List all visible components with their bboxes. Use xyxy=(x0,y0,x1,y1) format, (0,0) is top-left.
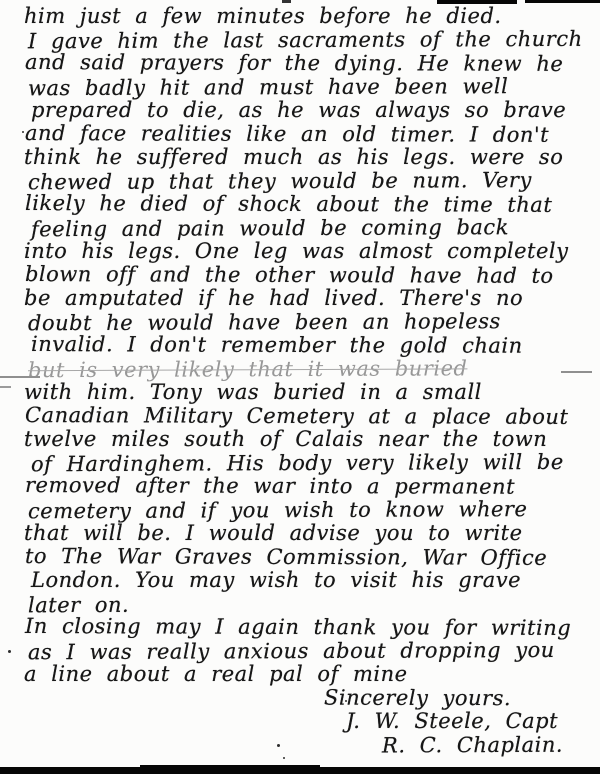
letter-line: be amputated if he had lived. There's no xyxy=(24,287,594,311)
letter-line: feeling and pain would be coming back xyxy=(31,215,594,241)
letter-line: that will be. I would advise you to writ… xyxy=(24,522,594,546)
crossout-dash-left xyxy=(0,386,11,388)
letter-line: removed after the war into a permanent xyxy=(25,474,594,499)
letter-line: into his legs. One leg was almost comple… xyxy=(24,240,594,264)
letter-line: with him. Tony was buried in a small xyxy=(24,381,594,405)
letter-line: to The War Graves Commission, War Office xyxy=(25,545,594,570)
letter-line: was badly hit and must have been well xyxy=(28,74,594,100)
scan-speck xyxy=(277,744,280,747)
letter-line: blown off and the other would have had t… xyxy=(25,263,594,288)
letter-line: London. You may wish to visit his grave xyxy=(31,569,594,593)
letter-line: Canadian Military Cemetery at a place ab… xyxy=(25,404,594,429)
letter-line: twelve miles south of Calais near the to… xyxy=(24,428,594,452)
letter-line: In closing may I again thank you for wri… xyxy=(25,615,594,640)
letter-body: him just a few minutes before he died. I… xyxy=(24,5,594,757)
letter-line: him just a few minutes before he died. xyxy=(24,5,594,29)
crossed-out-line: but is very likely that it was buried xyxy=(28,356,594,382)
scan-speck xyxy=(345,700,347,702)
letter-line: and said prayers for the dying. He knew … xyxy=(25,51,594,76)
signoff-closing: Sincerely yours. xyxy=(324,686,594,710)
letter-line: likely he died of shock about the time t… xyxy=(25,192,594,217)
scan-artifact-bottom-bar xyxy=(0,767,600,774)
scan-speck xyxy=(8,650,11,653)
crossout-dash-left xyxy=(0,376,40,378)
letter-line: invalid. I don't remember the gold chain xyxy=(31,333,594,358)
letter-line: think he suffered much as his legs. were… xyxy=(24,146,594,170)
scan-artifact-mark xyxy=(282,0,291,3)
letter-line: a line about a real pal of mine xyxy=(24,663,594,687)
letter-line: cemetery and if you wish to know where xyxy=(28,497,594,523)
letter-line: prepared to die, as he was always so bra… xyxy=(31,99,594,123)
crossout-dash-right xyxy=(561,371,592,373)
scanned-letter-page: him just a few minutes before he died. I… xyxy=(0,0,600,774)
scan-speck xyxy=(283,757,285,759)
scan-speck xyxy=(22,131,24,133)
scan-artifact-top-bar xyxy=(525,0,600,3)
letter-line: and face realities like an old timer. I … xyxy=(25,122,594,147)
signature-title: R. C. Chaplain. xyxy=(382,733,594,757)
signature-name: J. W. Steele, Capt xyxy=(346,710,594,734)
letter-line: as I was really anxious about dropping y… xyxy=(28,638,594,664)
